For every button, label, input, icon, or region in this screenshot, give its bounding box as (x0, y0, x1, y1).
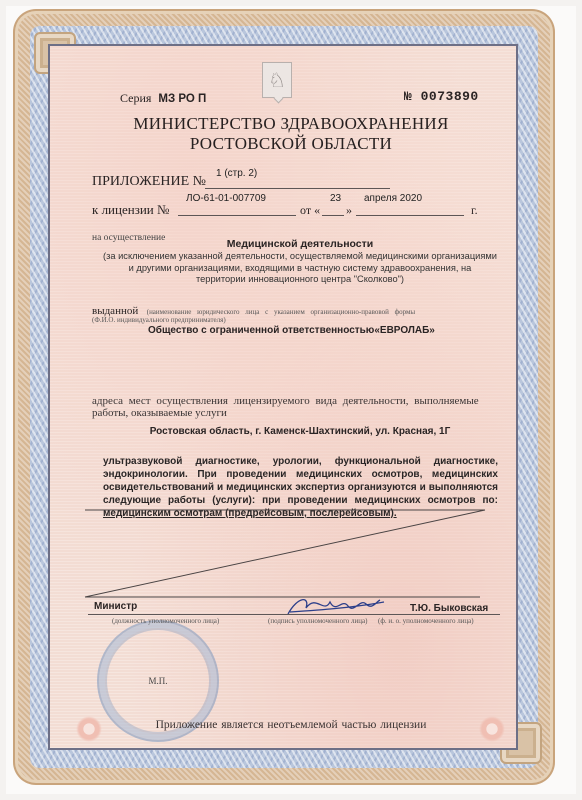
name-underline (372, 614, 500, 615)
license-day-underline (322, 215, 344, 216)
blank-space-strikeout (80, 505, 520, 605)
license-year-suffix: г. (471, 203, 478, 218)
activity-description-line: и другими организациями, входящими в час… (80, 263, 520, 275)
position-underline (88, 614, 258, 615)
position-hint: (должность уполномоченного лица) (112, 617, 219, 625)
appendix-underline (205, 188, 390, 189)
number-sign: № (404, 89, 412, 104)
coat-of-arms-icon: ♘ (262, 62, 292, 98)
number-value: 0073890 (421, 89, 479, 104)
signatory-name: Т.Ю. Быковская (410, 603, 488, 614)
signature-underline (258, 614, 380, 615)
addresses-label-line: адреса мест осуществления лицензируемого… (92, 395, 502, 407)
activity-address: Ростовская область, г. Каменск-Шахтински… (80, 426, 520, 437)
signature-hint: (подпись уполномоченного лица) (268, 617, 367, 625)
activity-description: (за исключением указанной деятельности, … (80, 251, 520, 286)
stamp-label: М.П. (148, 676, 167, 686)
series-label: Серия (120, 91, 151, 105)
license-day-close: » (346, 203, 352, 218)
organization-name: Общество с ограниченной ответственностью… (148, 325, 435, 336)
license-date-underline (356, 215, 464, 216)
services-description: ультразвуковой диагностике, урологии, фу… (103, 456, 498, 506)
signatory-position: Министр (94, 601, 137, 612)
addresses-label-line: работы, оказываемые услуги (92, 407, 502, 419)
license-day: 23 (330, 193, 341, 204)
license-number: ЛО-61-01-007709 (186, 193, 266, 204)
activity-description-line: территории инновационного центра "Сколко… (80, 274, 520, 286)
license-from-label: от « (300, 203, 320, 218)
license-number-underline (178, 215, 296, 216)
name-hint: (ф. и. о. уполномоченного лица) (378, 617, 474, 625)
addresses-label: адреса мест осуществления лицензируемого… (92, 395, 502, 419)
series: Серия МЗ РО П (120, 91, 206, 106)
appendix-value: 1 (стр. 2) (216, 168, 257, 179)
issued-to-hint: (наименование юридического лица с указан… (147, 308, 415, 316)
ministry-title-line1: МИНИСТЕРСТВО ЗДРАВООХРАНЕНИЯ (0, 114, 582, 134)
document-number: № 0073890 (404, 89, 479, 104)
appendix-label: ПРИЛОЖЕНИЕ № (92, 174, 206, 190)
series-value: МЗ РО П (158, 93, 206, 105)
license-month-year: апреля 2020 (364, 193, 422, 204)
footer-note: Приложение является неотъемлемой частью … (0, 719, 582, 731)
activity-title: Медицинской деятельности (80, 238, 520, 250)
activity-description-line: (за исключением указанной деятельности, … (80, 251, 520, 263)
issued-to-hint-2: (Ф.И.О. индивидуального предпринимателя) (92, 316, 226, 324)
ministry-title-line2: РОСТОВСКОЙ ОБЛАСТИ (0, 134, 582, 154)
license-label: к лицензии № (92, 202, 169, 218)
